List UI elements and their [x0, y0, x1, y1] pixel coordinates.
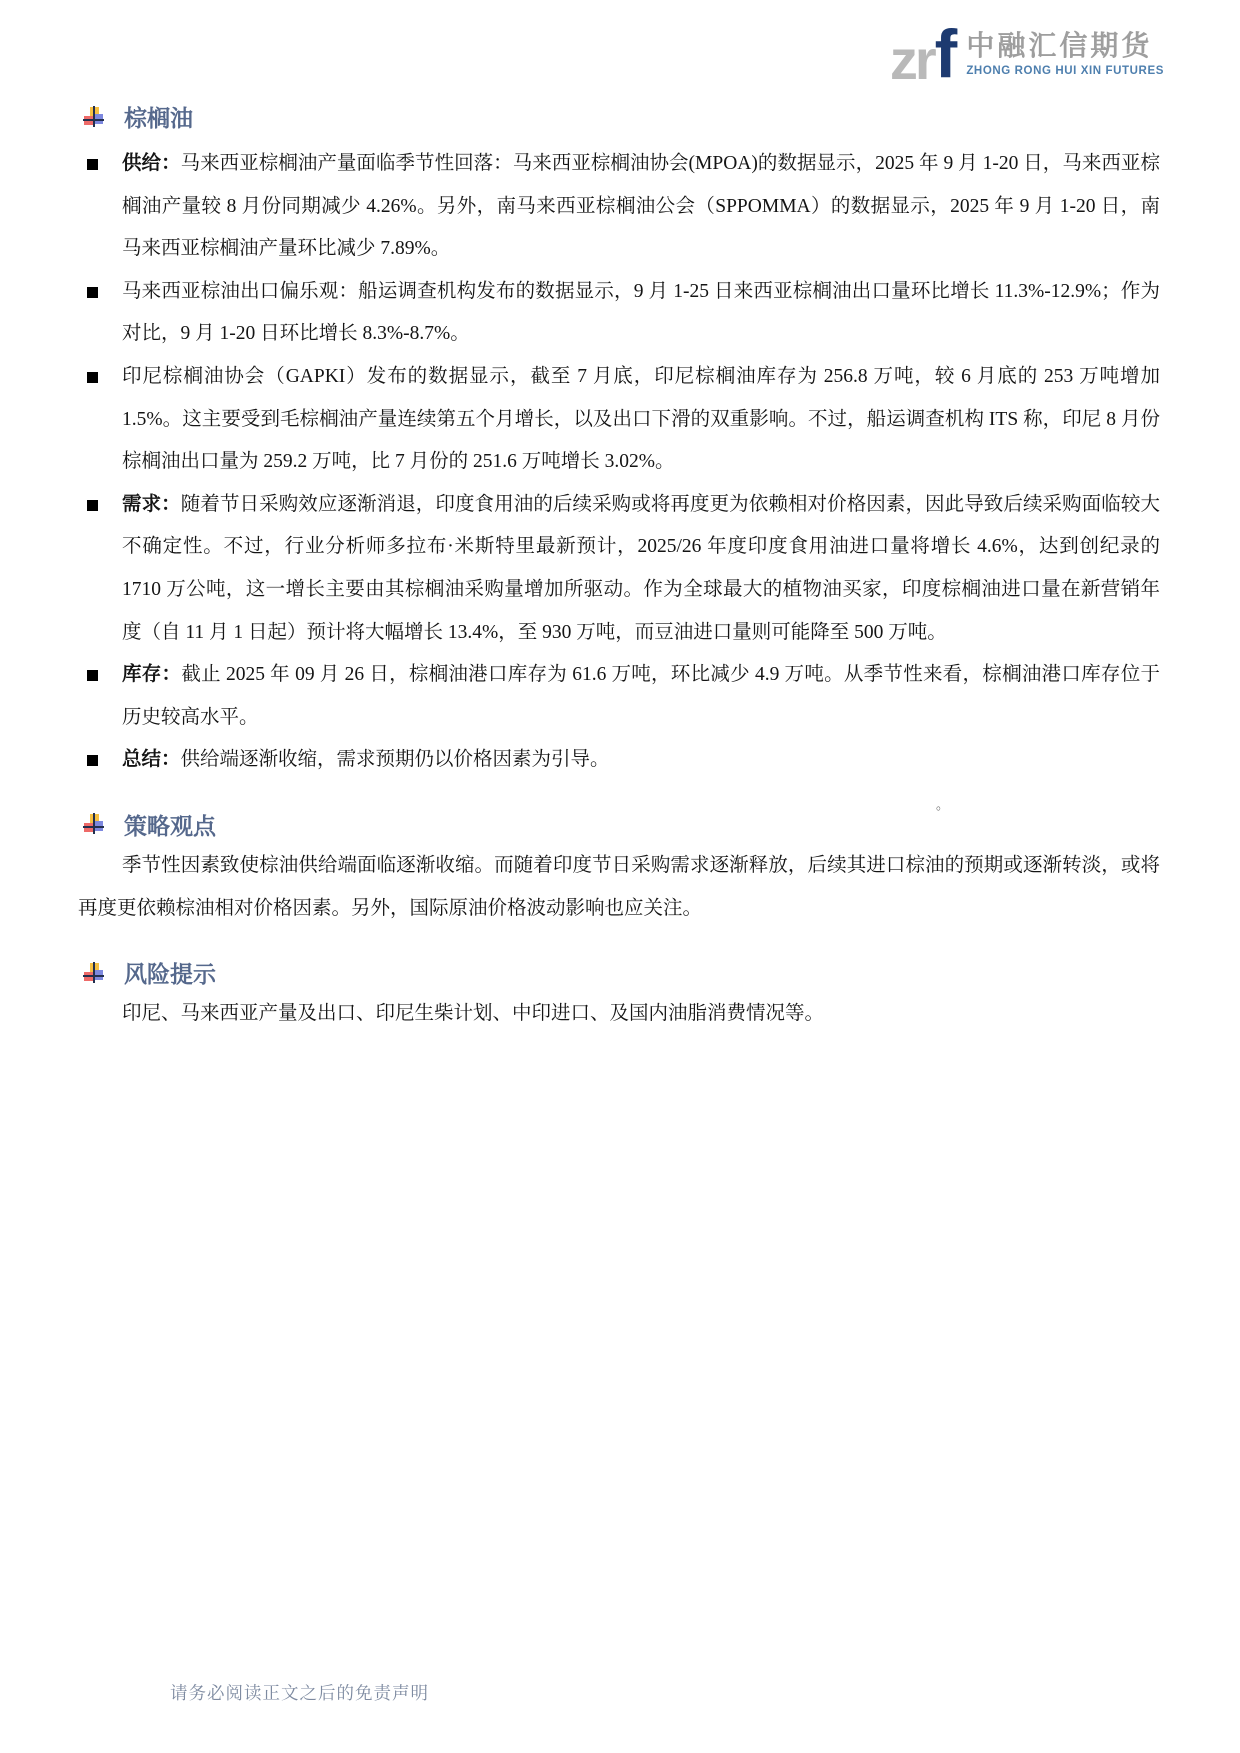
- clover-bullet-icon: [84, 107, 104, 127]
- bullet-text: 截止 2025 年 09 月 26 日，棕榈油港口库存为 61.6 万吨，环比减…: [122, 664, 1160, 728]
- section-title-text: 策略观点: [124, 808, 216, 841]
- clover-bullet-icon: [84, 814, 104, 834]
- bullet-lead: 库存：: [122, 664, 181, 685]
- square-bullet-icon: [87, 372, 98, 383]
- bullet-text: 印尼棕榈油协会（GAPKI）发布的数据显示，截至 7 月底，印尼棕榈油库存为 2…: [122, 366, 1160, 472]
- bullet-text: 马来西亚棕榈油产量面临季节性回落：马来西亚棕榈油协会(MPOA)的数据显示，20…: [122, 153, 1160, 259]
- bullet-demand: 需求：随着节日采购效应逐渐消退，印度食用油的后续采购或将再度更为依赖相对价格因素…: [78, 484, 1160, 654]
- section-title-text: 棕榈油: [124, 100, 193, 133]
- company-name-cn: 中融汇信期货: [966, 31, 1164, 62]
- bullet-indonesia-gapki: 印尼棕榈油协会（GAPKI）发布的数据显示，截至 7 月底，印尼棕榈油库存为 2…: [78, 356, 1160, 484]
- bullet-inventory: 库存：截止 2025 年 09 月 26 日，棕榈油港口库存为 61.6 万吨，…: [78, 654, 1160, 739]
- section-title-text: 风险提示: [124, 956, 216, 989]
- logo-names: 中融汇信期货 ZHONG RONG HUI XIN FUTURES: [966, 31, 1164, 77]
- bullet-text: 随着节日采购效应逐渐消退，印度食用油的后续采购或将再度更为依赖相对价格因素，因此…: [122, 494, 1160, 643]
- company-name-en: ZHONG RONG HUI XIN FUTURES: [966, 65, 1164, 77]
- stray-mark: 。: [936, 794, 949, 813]
- report-body: 棕榈油 供给：马来西亚棕榈油产量面临季节性回落：马来西亚棕榈油协会(MPOA)的…: [78, 100, 1160, 1036]
- bullet-lead: 需求：: [122, 494, 181, 515]
- logo-f-letter: f: [935, 20, 955, 88]
- company-logo: zrf 中融汇信期货 ZHONG RONG HUI XIN FUTURES: [890, 20, 1164, 88]
- footer-disclaimer: 请务必阅读正文之后的免责声明: [170, 1680, 429, 1705]
- bullet-summary: 总结：供给端逐渐收缩，需求预期仍以价格因素为引导。: [78, 739, 1160, 782]
- square-bullet-icon: [87, 159, 98, 170]
- bullet-text: 马来西亚棕油出口偏乐观：船运调查机构发布的数据显示，9 月 1-25 日来西亚棕…: [122, 281, 1160, 345]
- clover-bullet-icon: [84, 963, 104, 983]
- bullet-text: 供给端逐渐收缩，需求预期仍以价格因素为引导。: [181, 749, 610, 770]
- square-bullet-icon: [87, 755, 98, 766]
- bullet-malaysia-export: 马来西亚棕油出口偏乐观：船运调查机构发布的数据显示，9 月 1-25 日来西亚棕…: [78, 271, 1160, 356]
- zrf-logo-icon: zrf: [890, 20, 954, 88]
- logo-zr-letters: zr: [890, 32, 934, 88]
- bullet-lead: 总结：: [122, 749, 181, 770]
- section-title-strategy: 策略观点: [78, 808, 1160, 841]
- square-bullet-icon: [87, 287, 98, 298]
- risk-paragraph: 印尼、马来西亚产量及出口、印尼生柴计划、中印进口、及国内油脂消费情况等。: [78, 993, 1160, 1036]
- square-bullet-icon: [87, 500, 98, 511]
- section-title-palm-oil: 棕榈油: [78, 100, 1160, 133]
- bullet-lead: 供给：: [122, 153, 181, 174]
- strategy-paragraph: 季节性因素致使棕油供给端面临逐渐收缩。而随着印度节日采购需求逐渐释放，后续其进口…: [78, 845, 1160, 930]
- palm-bullet-list: 供给：马来西亚棕榈油产量面临季节性回落：马来西亚棕榈油协会(MPOA)的数据显示…: [78, 143, 1160, 782]
- section-title-risk: 风险提示: [78, 956, 1160, 989]
- bullet-supply: 供给：马来西亚棕榈油产量面临季节性回落：马来西亚棕榈油协会(MPOA)的数据显示…: [78, 143, 1160, 271]
- square-bullet-icon: [87, 670, 98, 681]
